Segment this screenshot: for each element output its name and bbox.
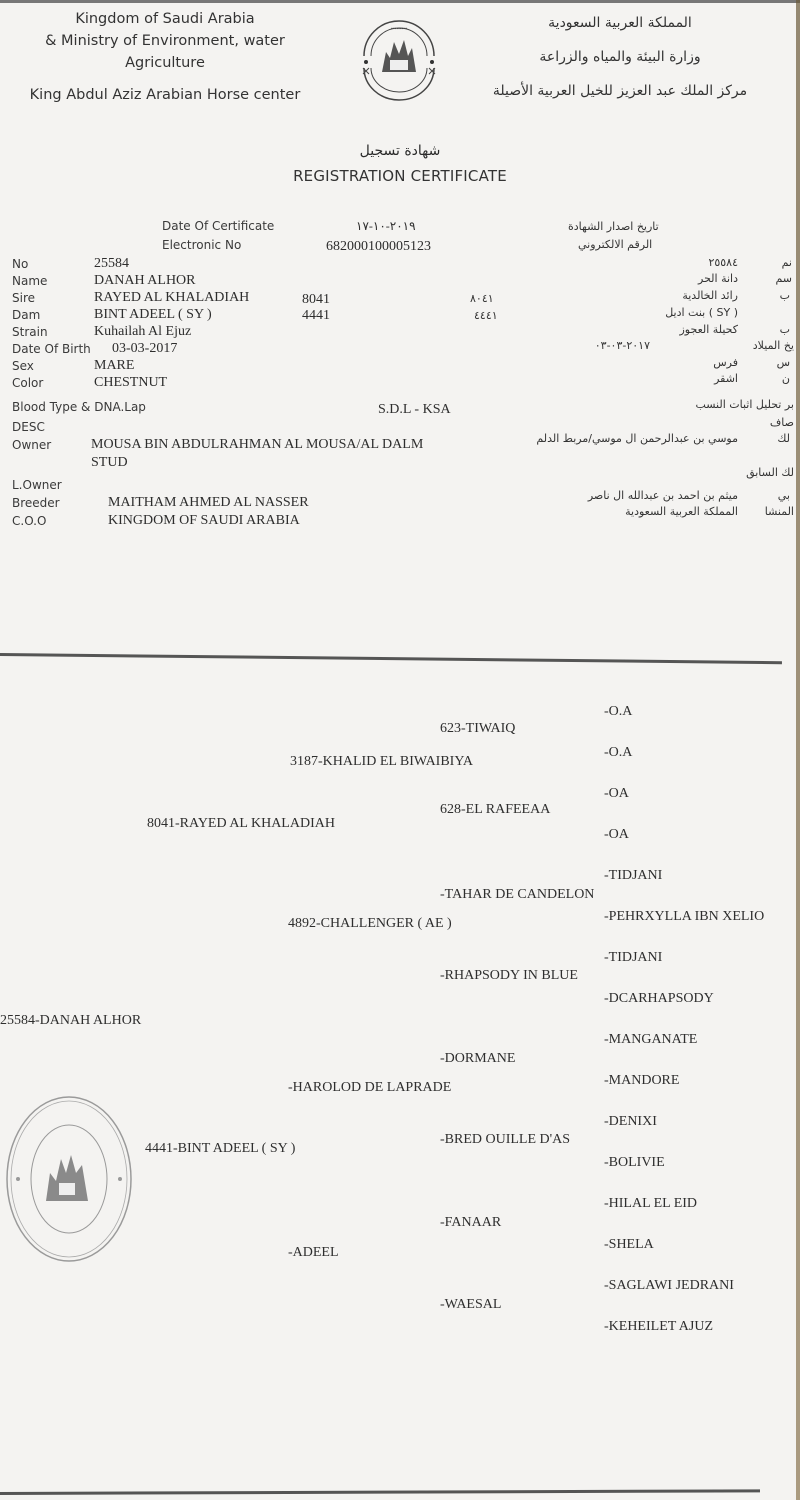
electronic-no-label: Electronic No xyxy=(162,238,241,252)
pedigree-gen4-3: -OA xyxy=(604,786,629,802)
strain-value-ar: كحيلة العجوز xyxy=(679,323,738,336)
pedigree-gen3-8: -WAESAL xyxy=(440,1297,501,1313)
sire-value: RAYED AL KHALADIAH xyxy=(94,290,249,306)
no-value-ar: ٢٥٥٨٤ xyxy=(708,256,738,269)
dam-value: BINT ADEEL ( SY ) xyxy=(94,307,212,323)
coo-value: KINGDOM OF SAUDI ARABIA xyxy=(108,513,300,529)
header-en-line-1: Kingdom of Saudi Arabia xyxy=(0,8,330,30)
pedigree-gen4-11: -DENIXI xyxy=(604,1114,657,1130)
sex-label-ar: س xyxy=(777,356,790,369)
header-ar-line-1: المملكة العربية السعودية xyxy=(460,10,780,44)
name-label: Name xyxy=(12,274,47,288)
title-english: REGISTRATION CERTIFICATE xyxy=(280,167,520,185)
electronic-no-value: 682000100005123 xyxy=(326,239,431,255)
coo-label-ar: المنشا xyxy=(765,505,794,518)
color-value-ar: اشقر xyxy=(714,372,738,385)
strain-label: Strain xyxy=(12,325,48,339)
pedigree-gen4-5: -TIDJANI xyxy=(604,868,662,884)
date-of-certificate-label: Date Of Certificate xyxy=(162,219,274,233)
sire-label: Sire xyxy=(12,291,35,305)
date-of-birth-value: 03-03-2017 xyxy=(112,341,177,357)
owner-value-ar: موسي بن عبدالرحمن ال موسي/مربط الدلم xyxy=(536,432,738,445)
pedigree-dam: 4441-BINT ADEEL ( SY ) xyxy=(145,1141,295,1157)
dob-label-ar: يخ الميلاد xyxy=(753,339,794,352)
sire-label-ar: ب xyxy=(780,289,790,302)
header-arabic: المملكة العربية السعودية وزارة البيئة وا… xyxy=(460,10,780,112)
header-en-line-3: Agriculture xyxy=(0,52,330,74)
pedigree-sire-dam: 4892-CHALLENGER ( AE ) xyxy=(288,916,452,932)
sex-value: MARE xyxy=(94,358,134,374)
bottom-divider xyxy=(0,1489,760,1495)
coo-value-ar: المملكة العربية السعودية xyxy=(625,505,738,518)
pedigree-gen4-1: -O.A xyxy=(604,704,632,720)
breeder-value-ar: ميثم بن احمد بن عبدالله ال ناصر xyxy=(588,489,738,502)
sex-label: Sex xyxy=(12,359,34,373)
page-top-edge xyxy=(0,0,800,3)
last-owner-label: L.Owner xyxy=(12,478,62,492)
pedigree-gen4-13: -HILAL EL EID xyxy=(604,1196,697,1212)
registry-stamp-icon xyxy=(4,1093,134,1265)
dam-label: Dam xyxy=(12,308,40,322)
pedigree-gen4-9: -MANGANATE xyxy=(604,1032,697,1048)
no-value: 25584 xyxy=(94,256,129,272)
pedigree-gen4-16: -KEHEILET AJUZ xyxy=(604,1319,713,1335)
owner-value-line1: MOUSA BIN ABDULRAHMAN AL MOUSA/AL DALM xyxy=(91,437,423,453)
dam-reg: 4441 xyxy=(302,308,330,324)
color-label: Color xyxy=(12,376,43,390)
date-of-birth-label: Date Of Birth xyxy=(12,342,91,356)
breeder-value: MAITHAM AHMED AL NASSER xyxy=(108,495,309,511)
sire-value-ar: رائد الخالدية xyxy=(682,289,738,302)
no-label: No xyxy=(12,257,28,271)
pedigree-gen3-2: 628-EL RAFEEAA xyxy=(440,802,550,818)
pedigree-gen4-4: -OA xyxy=(604,827,629,843)
owner-value-line2: STUD xyxy=(91,455,128,471)
pedigree-gen4-2: -O.A xyxy=(604,745,632,761)
pedigree-gen4-7: -TIDJANI xyxy=(604,950,662,966)
last-owner-label-ar: لك السابق xyxy=(746,466,794,479)
pedigree-gen3-1: 623-TIWAIQ xyxy=(440,721,515,737)
blood-type-label: Blood Type & DNA.Lap xyxy=(12,400,146,414)
pedigree-gen3-6: -BRED OUILLE D'AS xyxy=(440,1132,570,1148)
header-en-line-2: & Ministry of Environment, water xyxy=(0,30,330,52)
header-en-line-4: King Abdul Aziz Arabian Horse center xyxy=(0,84,330,106)
strain-value: Kuhailah Al Ejuz xyxy=(94,324,191,340)
dam-value-ar: ( SY ) بنت اديل xyxy=(665,306,738,319)
pedigree-sire-sire: 3187-KHALID EL BIWAIBIYA xyxy=(290,754,473,770)
breeder-label: Breeder xyxy=(12,496,60,510)
pedigree-sire: 8041-RAYED AL KHALADIAH xyxy=(147,816,335,832)
desc-label: DESC xyxy=(12,420,45,434)
pedigree-gen3-4: -RHAPSODY IN BLUE xyxy=(440,968,578,984)
name-value: DANAH ALHOR xyxy=(94,273,196,289)
electronic-no-label-ar: الرقم الالكتروني xyxy=(578,238,652,251)
pedigree-gen4-10: -MANDORE xyxy=(604,1073,679,1089)
svg-text:▪▪▪▪▪▪▪▪▪: ▪▪▪▪▪▪▪▪▪ xyxy=(391,27,407,32)
sex-value-ar: فرس xyxy=(713,356,738,369)
coo-label: C.O.O xyxy=(12,514,46,528)
pedigree-gen4-6: -PEHRXYLLA IBN XELIO xyxy=(604,909,764,925)
header-ar-line-3: مركز الملك عبد العزيز للخيل العربية الأص… xyxy=(460,78,780,112)
owner-label: Owner xyxy=(12,438,51,452)
blood-type-label-ar: بر تحليل اثبات النسب xyxy=(695,398,794,411)
sire-reg: 8041 xyxy=(302,292,330,308)
owner-label-ar: لك xyxy=(777,432,790,445)
header-english: Kingdom of Saudi Arabia & Ministry of En… xyxy=(0,8,330,106)
pedigree-gen4-14: -SHELA xyxy=(604,1237,654,1253)
color-label-ar: ن xyxy=(782,372,790,385)
name-label-ar: سم xyxy=(775,272,792,285)
pedigree-gen4-15: -SAGLAWI JEDRANI xyxy=(604,1278,734,1294)
no-label-ar: نم xyxy=(782,256,792,269)
pedigree-gen4-8: -DCARHAPSODY xyxy=(604,991,714,1007)
pedigree-dam-dam: -ADEEL xyxy=(288,1245,339,1261)
date-of-certificate-label-ar: تاريخ اصدار الشهادة xyxy=(568,220,659,233)
name-value-ar: دانة الحر xyxy=(698,272,738,285)
dam-reg-ar: ٤٤٤١ xyxy=(474,309,498,322)
header-ar-line-2: وزارة البيئة والمياه والزراعة xyxy=(460,44,780,78)
title-arabic: شهادة تسجيل xyxy=(300,143,500,159)
pedigree-gen3-5: -DORMANE xyxy=(440,1051,515,1067)
strain-label-ar: ب xyxy=(780,323,790,336)
color-value: CHESTNUT xyxy=(94,375,167,391)
desc-label-ar: صاف xyxy=(770,416,794,429)
page-right-edge xyxy=(796,0,800,1500)
pedigree-dam-sire: -HAROLOD DE LAPRADE xyxy=(288,1080,451,1096)
pedigree-gen3-3: -TAHAR DE CANDELON xyxy=(440,887,594,903)
dob-value-ar: ٢٠١٧-٠٣-٠٣ xyxy=(595,339,650,352)
pedigree-horse: 25584-DANAH ALHOR xyxy=(0,1013,141,1029)
date-of-certificate-value: ٢٠١٩-١٠-١٧ xyxy=(356,219,416,234)
section-divider xyxy=(0,653,782,664)
breeder-label-ar: بي xyxy=(778,489,790,502)
pedigree-gen4-12: -BOLIVIE xyxy=(604,1155,665,1171)
blood-type-value: S.D.L - KSA xyxy=(378,402,451,418)
pedigree-gen3-7: -FANAAR xyxy=(440,1215,501,1231)
sire-reg-ar: ٨٠٤١ xyxy=(470,292,494,305)
ministry-emblem-icon: ▪▪▪▪▪▪▪▪▪ xyxy=(356,12,442,102)
